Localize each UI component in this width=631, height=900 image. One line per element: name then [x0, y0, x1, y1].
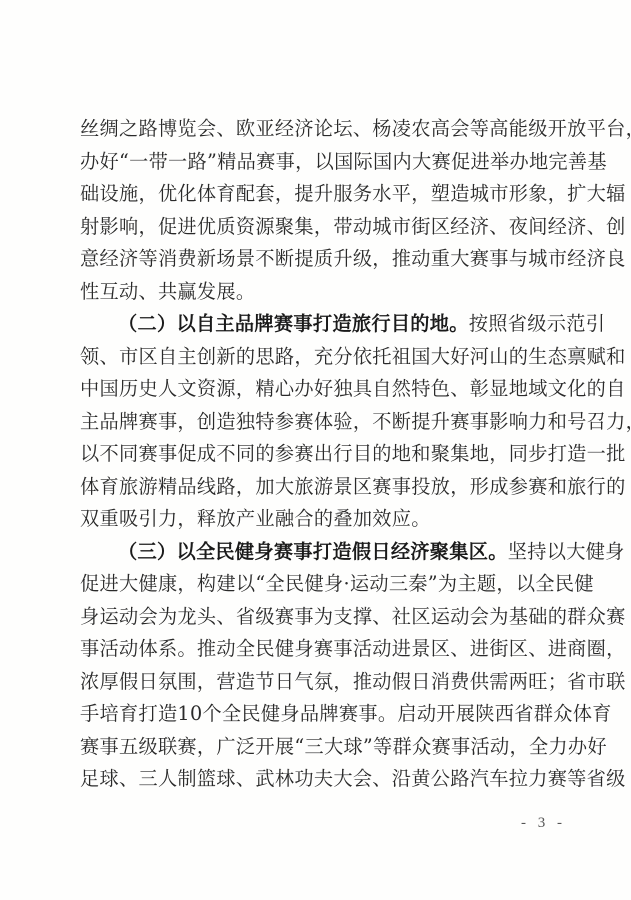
paragraph-2-line-5: 以不同赛事促成不同的参赛出行目的地和聚集地，同步打造一批: [80, 439, 560, 469]
section-heading-3: （三）以全民健身赛事打造假日经济聚集区。: [118, 540, 508, 563]
paragraph-2-first-line: （二）以自主品牌赛事打造旅行目的地。按照省级示范引: [118, 309, 560, 339]
paragraph-1-line-3: 础设施，优化体育配套，提升服务水平，塑造城市形象，扩大辐: [80, 179, 560, 209]
paragraph-1-line-2: 办好“一带一路”精品赛事，以国际国内大赛促进举办地完善基: [80, 147, 560, 177]
paragraph-1-line-6: 性互动、共赢发展。: [80, 277, 255, 307]
paragraph-3-first-line-text: 坚持以大健身: [508, 540, 625, 563]
paragraph-3-line-2: 促进大健康，构建以“全民健身·运动三秦”为主题，以全民健: [80, 569, 560, 599]
paragraph-1-line-1: 丝绸之路博览会、欧亚经济论坛、杨凌农高会等高能级开放平台，: [80, 114, 560, 144]
document-page: 丝绸之路博览会、欧亚经济论坛、杨凌农高会等高能级开放平台， 办好“一带一路”精品…: [0, 0, 631, 900]
paragraph-3-first-line: （三）以全民健身赛事打造假日经济聚集区。坚持以大健身: [118, 537, 560, 567]
paragraph-2-first-line-text: 按照省级示范引: [469, 312, 605, 335]
paragraph-2-line-4: 主品牌赛事，创造独特参赛体验，不断提升赛事影响力和号召力，: [80, 407, 560, 437]
section-heading-2: （二）以自主品牌赛事打造旅行目的地。: [118, 312, 469, 335]
paragraph-2-line-3: 中国历史人文资源，精心办好独具自然特色、彰显地域文化的自: [80, 374, 560, 404]
paragraph-3-line-5: 浓厚假日氛围，营造节日气氛，推动假日消费供需两旺；省市联: [80, 667, 560, 697]
paragraph-3-line-8: 足球、三人制篮球、武林功夫大会、沿黄公路汽车拉力赛等省级: [80, 764, 560, 794]
paragraph-3-line-7: 赛事五级联赛，广泛开展“三大球”等群众赛事活动，全力办好: [80, 732, 560, 762]
paragraph-3-line-3: 身运动会为龙头、省级赛事为支撑、社区运动会为基础的群众赛: [80, 602, 560, 632]
paragraph-2-line-7: 双重吸引力，释放产业融合的叠加效应。: [80, 504, 431, 534]
paragraph-2-line-2: 领、市区自主创新的思路，充分依托祖国大好河山的生态禀赋和: [80, 342, 560, 372]
paragraph-2-line-6: 体育旅游精品线路，加大旅游景区赛事投放，形成参赛和旅行的: [80, 472, 560, 502]
page-number: - 3 -: [521, 815, 566, 832]
paragraph-1-line-4: 射影响，促进优质资源聚集，带动城市街区经济、夜间经济、创: [80, 212, 560, 242]
paragraph-1-line-5: 意经济等消费新场景不断提质升级，推动重大赛事与城市经济良: [80, 244, 560, 274]
paragraph-3-line-6: 手培育打造10个全民健身品牌赛事。启动开展陕西省群众体育: [80, 699, 560, 729]
paragraph-3-line-4: 事活动体系。推动全民健身赛事活动进景区、进街区、进商圈，: [80, 634, 560, 664]
